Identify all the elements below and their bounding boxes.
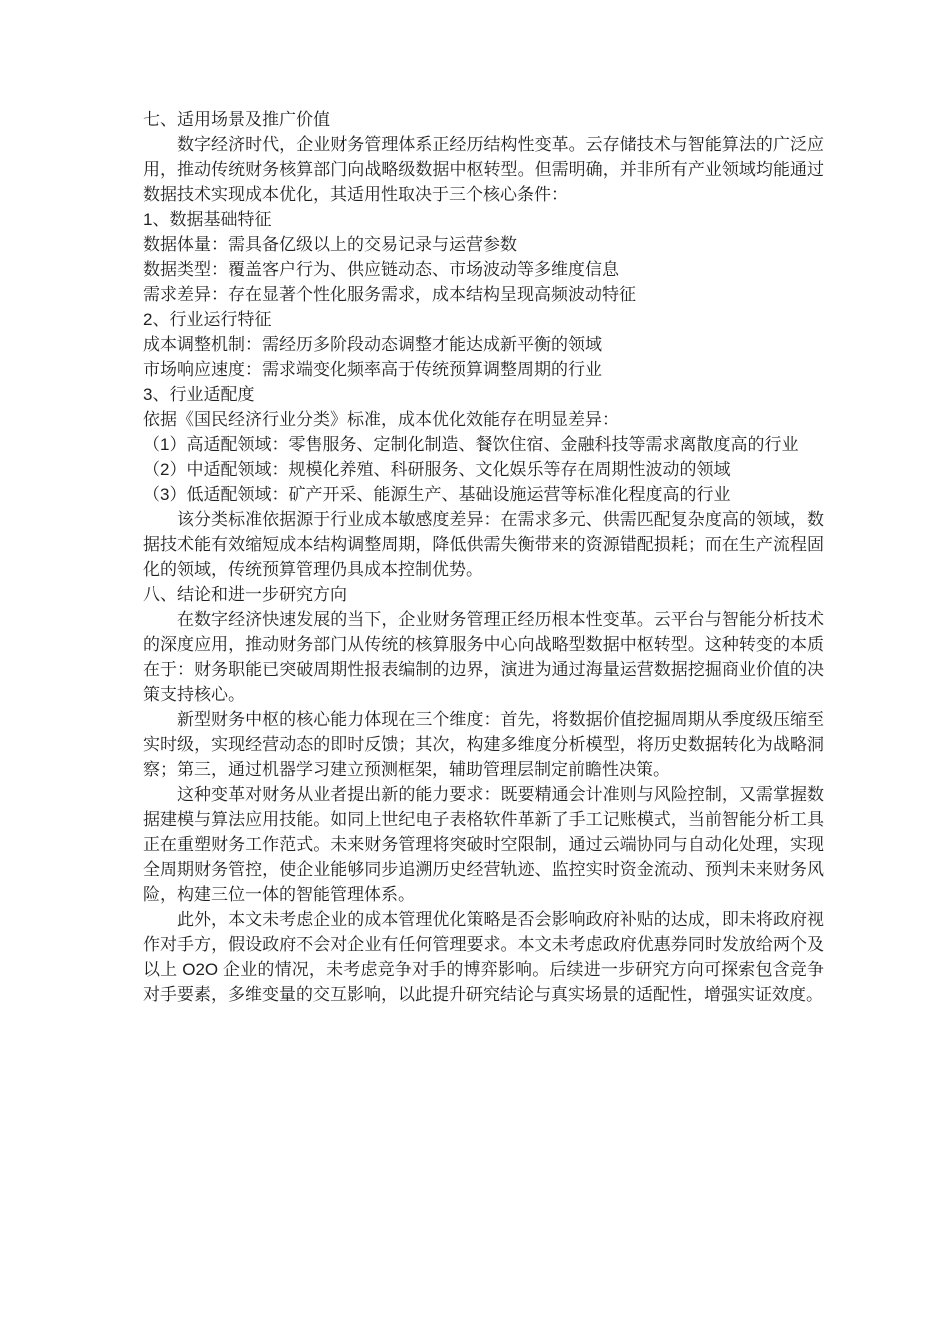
list-item-high-fit: （1）高适配领域：零售服务、定制化制造、餐饮住宿、金融科技等需求离散度高的行业 [143,432,824,457]
subsection-2-heading: 2、行业运行特征 [143,307,824,332]
classification-standard-line: 依据《国民经济行业分类》标准，成本优化效能存在明显差异： [143,407,824,432]
list-item-low-fit: （3）低适配领域：矿产开采、能源生产、基础设施运营等标准化程度高的行业 [143,482,824,507]
list-item-mid-fit: （2）中适配领域：规模化养殖、科研服务、文化娱乐等存在周期性波动的领域 [143,457,824,482]
document-content: 七、适用场景及推广价值 数字经济时代，企业财务管理体系正经历结构性变革。云存储技… [143,107,824,1007]
data-volume-line: 数据体量：需具备亿级以上的交易记录与运营参数 [143,232,824,257]
section-8-heading: 八、结论和进一步研究方向 [143,582,824,607]
subsection-1-heading: 1、数据基础特征 [143,207,824,232]
demand-variance-line: 需求差异：存在显著个性化服务需求，成本结构呈现高频波动特征 [143,282,824,307]
document-page: 七、适用场景及推广价值 数字经济时代，企业财务管理体系正经历结构性变革。云存储技… [0,0,950,1344]
section-8-paragraph-4: 此外，本文未考虑企业的成本管理优化策略是否会影响政府补贴的达成，即未将政府视作对… [143,907,824,1007]
section-7-heading: 七、适用场景及推广价值 [143,107,824,132]
subsection-3-heading: 3、行业适配度 [143,382,824,407]
section-8-paragraph-2: 新型财务中枢的核心能力体现在三个维度：首先，将数据价值挖掘周期从季度级压缩至实时… [143,707,824,782]
market-response-line: 市场响应速度：需求端变化频率高于传统预算调整周期的行业 [143,357,824,382]
cost-adjustment-line: 成本调整机制：需经历多阶段动态调整才能达成新平衡的领域 [143,332,824,357]
section-7-closing-paragraph: 该分类标准依据源于行业成本敏感度差异：在需求多元、供需匹配复杂度高的领域，数据技… [143,507,824,582]
section-8-paragraph-3: 这种变革对财务从业者提出新的能力要求：既要精通会计准则与风险控制，又需掌握数据建… [143,782,824,907]
section-7-intro-paragraph: 数字经济时代，企业财务管理体系正经历结构性变革。云存储技术与智能算法的广泛应用，… [143,132,824,207]
section-8-paragraph-1: 在数字经济快速发展的当下，企业财务管理正经历根本性变革。云平台与智能分析技术的深… [143,607,824,707]
data-type-line: 数据类型：覆盖客户行为、供应链动态、市场波动等多维度信息 [143,257,824,282]
